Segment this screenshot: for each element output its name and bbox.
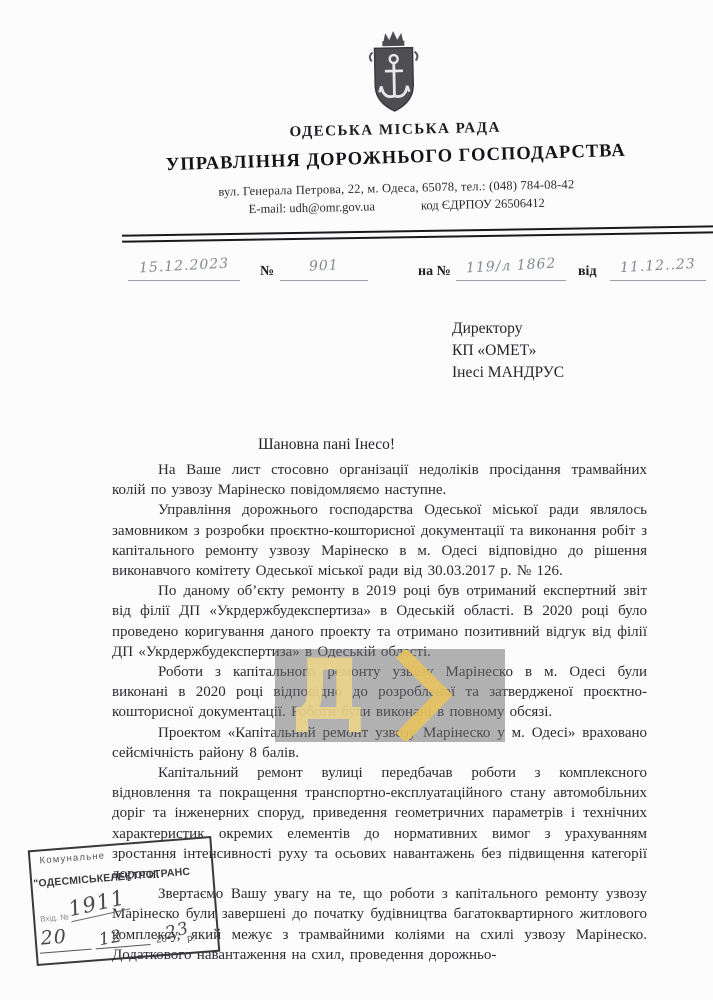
paragraph: Роботи з капітального ремонту узвозу Мар…	[112, 662, 647, 723]
salutation: Шановна пані Інесо!	[258, 436, 395, 454]
scanned-letter-page: ОДЕСЬКА МІСЬКА РАДА УПРАВЛІННЯ ДОРОЖНЬОГ…	[0, 0, 713, 1000]
outgoing-date-field: 15.12.2023	[128, 258, 240, 281]
recipient-title: Директору	[452, 318, 564, 340]
paragraph: Проектом «Капітальний ремонт узвозу Марі…	[112, 723, 647, 763]
outgoing-number-label: №	[260, 264, 274, 280]
reference-line: 15.12.2023 № 901 на № 119/л 1862 від 11.…	[120, 252, 713, 292]
in-reply-to-field: 119/л 1862	[456, 258, 566, 281]
in-reply-to-label: на №	[418, 264, 451, 280]
org-email: E-mail: udh@omr.gov.ua	[249, 199, 376, 217]
stamp-incoming-number: 1911	[66, 885, 130, 922]
in-reply-date-field: 11.12..23	[610, 258, 706, 281]
stamp-incoming-number-label: Вхід. №	[40, 912, 69, 923]
paragraph: По даному об’єкту ремонту в 2019 році бу…	[112, 581, 647, 662]
recipient-organization: КП «ОМЕТ»	[452, 340, 564, 362]
recipient-person: Інесі МАНДРУС	[452, 362, 564, 384]
stamp-year-suffix: р.	[187, 933, 196, 945]
in-reply-date-label: від	[578, 264, 597, 280]
recipient-block: Директору КП «ОМЕТ» Інесі МАНДРУС	[452, 318, 564, 384]
stamp-underline	[40, 949, 92, 954]
org-name-department: УПРАВЛІННЯ ДОРОЖНЬОГО ГОСПОДАРСТВА	[81, 138, 711, 179]
header-divider	[122, 225, 713, 242]
outgoing-number-field: 901	[280, 258, 368, 281]
stamp-date-day: 20	[40, 926, 68, 950]
letterhead: ОДЕСЬКА МІСЬКА РАДА УПРАВЛІННЯ ДОРОЖНЬОГ…	[78, 23, 712, 220]
odesa-coat-of-arms-anchor-icon	[365, 29, 423, 116]
stamp-org-type: Комунальне	[39, 850, 105, 866]
paragraph: Управління дорожнього господарства Одесь…	[112, 500, 647, 581]
paragraph: На Ваше лист стосовно організації недолі…	[112, 460, 647, 500]
stamp-org-name: "ОДЕСМІСЬКЕЛЕКТРОТРАНС	[33, 866, 191, 890]
incoming-registration-stamp: Комунальне "ОДЕСМІСЬКЕЛЕКТРОТРАНС Вхід. …	[28, 836, 221, 966]
org-edrpou-code: код ЄДРПОУ 26506412	[421, 196, 545, 214]
